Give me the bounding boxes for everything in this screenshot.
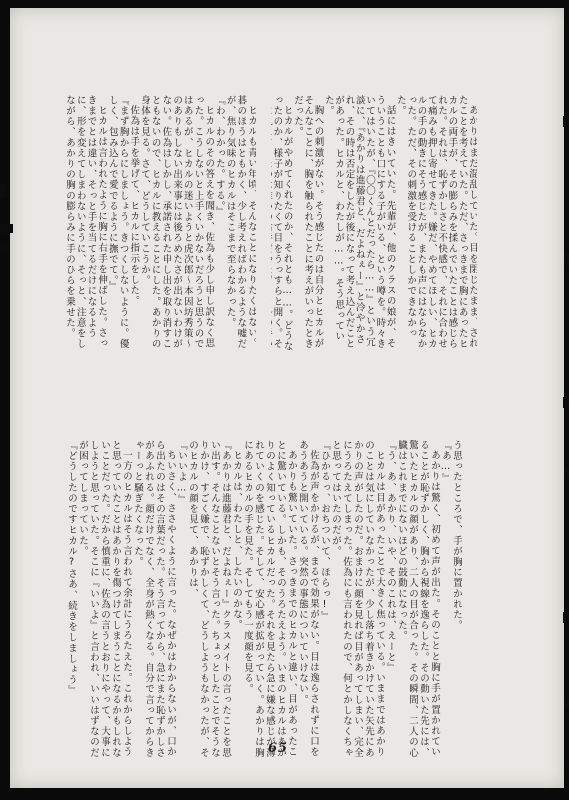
paragraph: 『ひかるっ、おちついて、ほらっ!』 <box>319 440 330 766</box>
page-number: 65 <box>268 741 308 756</box>
paragraph: う思ったところで、手が胸に置かれた。 <box>451 440 462 766</box>
paragraph: 一方のヒカルはそう言われて余計にうろたえた。これからしようと思っていたことはあか… <box>77 440 132 766</box>
paragraph: ヒカルがやめてくれたのか、それとも……。どうなったのか、様子が知りたくて目をうっ… <box>271 95 292 357</box>
scan-speck <box>564 697 569 708</box>
paragraph: 『まず胸からにしましょう。きつくしないように。優しく、包み込んで愛でるように撫で… <box>106 95 127 357</box>
top-band-right-column-group: ヒカルも青い年頃、そんなことになりたくはない。碁のほうはともかく、少し考えればわ… <box>62 95 256 357</box>
paragraph: ヒカルは、わたしと、したいのかな。 <box>231 440 242 766</box>
paragraph: 『あかりは進藤君と、だよねぇー』クラスメイトの言ったことを思い出す。そんなことな… <box>187 440 231 766</box>
paragraph: あかりはまだ混乱していた。目を閉じたまま、されたことを考えていた。ただ、さっきま… <box>395 95 477 357</box>
paragraph: あかりも驚いていた。さっきまでのヒカルと違い、目があったことに驚いている。しかも… <box>242 440 297 766</box>
paragraph: ヒカルも青い年頃、そんなことになりたくはない。碁のほうはともかく、少し考えればわ… <box>224 95 256 357</box>
top-band-left-column-group: あかりはまだ混乱していた。目を閉じたまま、されたことを考えていた。ただ、さっきま… <box>271 95 477 357</box>
paragraph: ヒカルは言われたように胸に右手を伸ばした。さっきまでとは違い、そっと手を当てるだ… <box>63 95 106 357</box>
page-surface: ヒカルも青い年頃、そんなことになりたくはない。碁のほうはともかく、少し考えればわ… <box>10 8 564 788</box>
paragraph: ちいさく、ささやくように言った。なぜかはわからないが、口から出たのはその言葉だっ… <box>132 440 176 766</box>
scanned-book-page: { "page": { "number": "65" }, "top_block… <box>0 0 569 800</box>
bottom-text-band: う思ったところで、手が胸に置かれた。『あ…』あかりは驚く、初めて声が出た。そのこ… <box>58 440 462 766</box>
paragraph: 『いいよ…』 <box>176 440 187 766</box>
paragraph: ヒカルは目があったことで大きく焦っている。いままではあかりのことは気にしていなか… <box>330 440 385 766</box>
scan-speck <box>564 467 569 479</box>
paragraph: 胸への刺激がない。そう感じたのは自分とヒカルがそんなことに、胸を触られたことに考… <box>292 95 323 357</box>
paragraph: 『どうしたのですヒカル?さあ、続きをしましょう』 <box>66 440 77 766</box>
top-text-band: ヒカルも青い年頃、そんなことになりたくはない。碁のほうはともかく、少し考えればわ… <box>62 95 479 357</box>
scan-speck <box>564 254 569 265</box>
scan-speck <box>563 116 569 127</box>
paragraph: ヒカルのその答えを聞き、佐為も少し申し訳なく思った。こうしないと上手くいかないだ… <box>138 95 213 357</box>
paragraph: あかりは驚く、初めて声が出た。そのことと胸に手が置かれていることが恥ずかしく、胸… <box>396 440 440 766</box>
scan-speck <box>0 185 7 198</box>
scan-speck <box>563 612 569 623</box>
paragraph: 佐為が声をかけるが、まるで効果がない。目は逸らされずに口をあうあうと開いている。… <box>297 440 319 766</box>
paragraph: 話にはきいていた。先輩が、他のクラスの娘が、そういうことも口にする子がいる、とい… <box>323 95 395 357</box>
paragraph: 『う、あ、あかり、いや、そのこれは、えーと』 <box>385 440 396 766</box>
scan-speck <box>563 397 569 408</box>
scan-speck <box>0 224 13 233</box>
paragraph: 『わ、わかった。する。』 <box>213 95 224 357</box>
scan-speck <box>0 245 8 253</box>
paragraph: 『あ…』 <box>440 440 451 766</box>
paragraph: 佐為は手を挙げて、ヒカルに指示をした。 <box>128 95 139 357</box>
scene-break-gap <box>256 95 271 357</box>
